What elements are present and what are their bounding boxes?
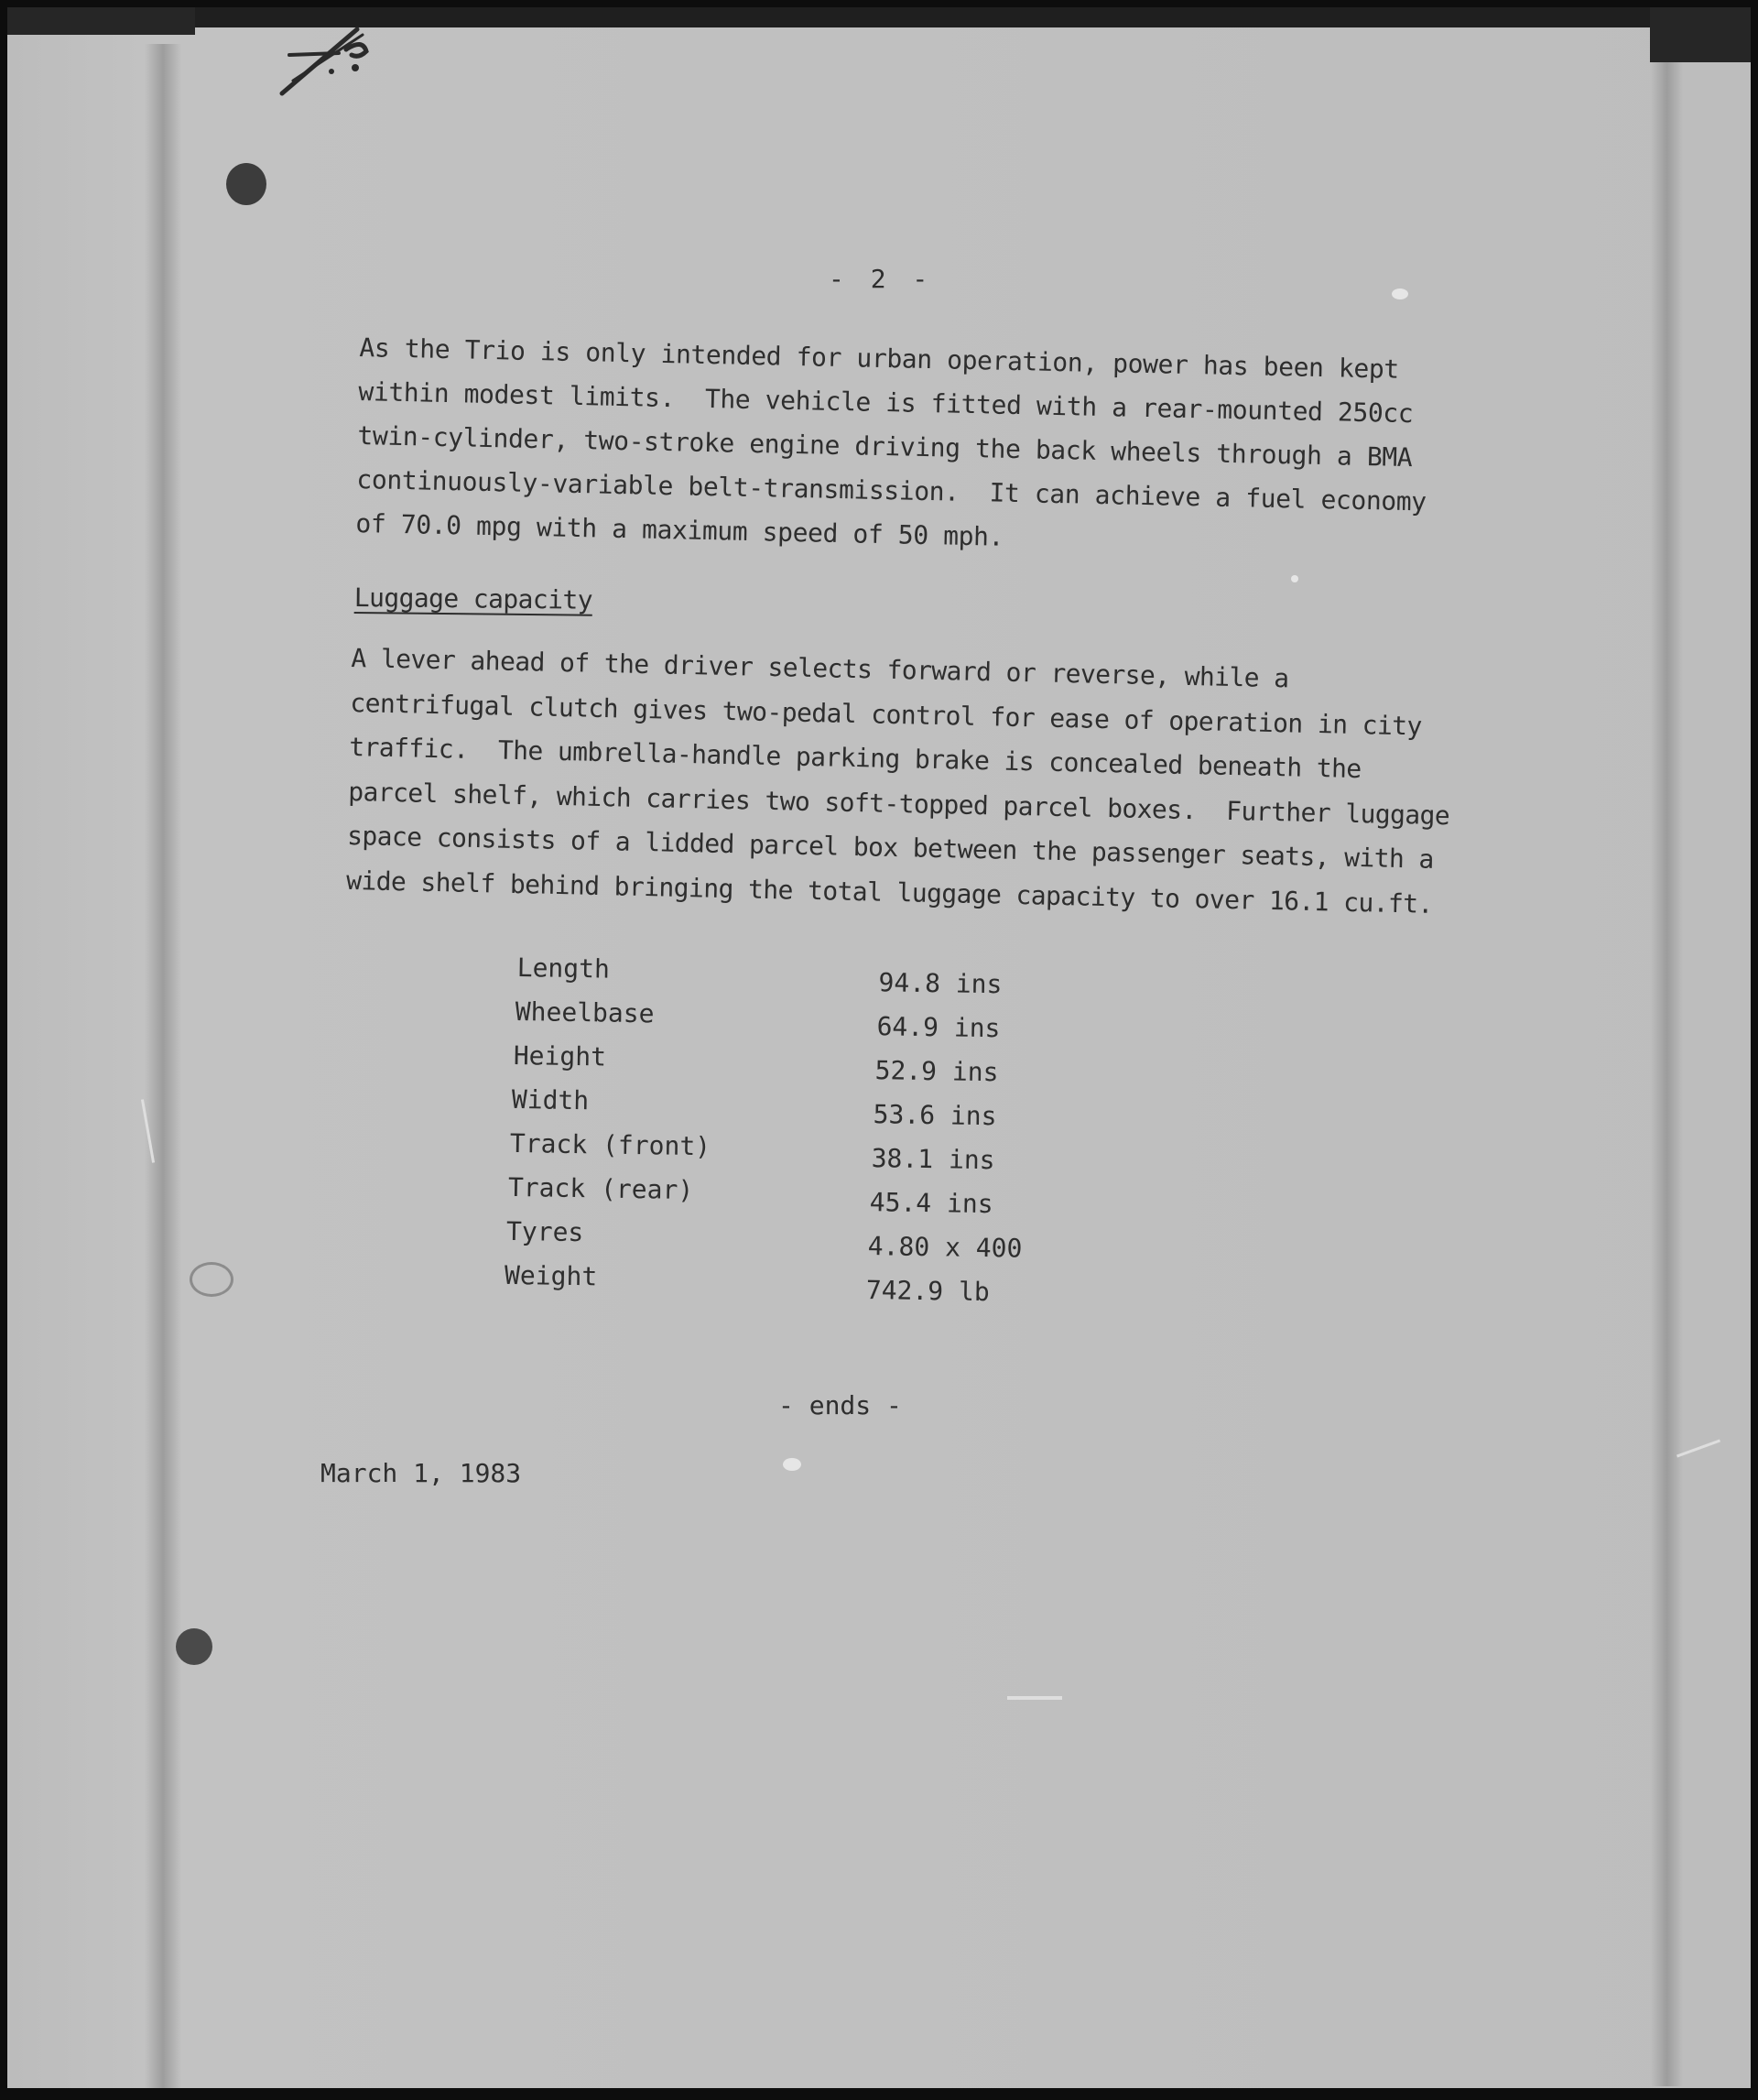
spec-value: 38.1 ins: [871, 1143, 994, 1175]
document-date: March 1, 1983: [320, 1458, 521, 1488]
spec-row: Track (front)38.1 ins: [509, 1128, 1024, 1181]
spec-value: 4.80 x 400: [868, 1231, 1023, 1264]
spec-label: Track (rear): [508, 1172, 870, 1208]
specifications-table: Length94.8 insWheelbase64.9 insHeight52.…: [512, 952, 1026, 1312]
spec-row: Wheelbase64.9 ins: [515, 996, 1025, 1049]
spec-label: Width: [512, 1084, 874, 1120]
spec-label: Weight: [505, 1260, 866, 1296]
body-paragraph: As the Trio is only intended for urban o…: [355, 326, 1429, 568]
spec-label: Tyres: [506, 1216, 868, 1252]
document-page: - 2 - As the Trio is only intended for u…: [0, 0, 1758, 2100]
punch-hole-icon: [190, 1262, 233, 1297]
spec-row: Tyres4.80 x 400: [506, 1216, 1023, 1268]
spec-label: Height: [514, 1040, 875, 1076]
spec-value: 52.9 ins: [874, 1055, 998, 1087]
spec-row: Width53.6 ins: [511, 1084, 1025, 1137]
spec-label: Length: [516, 952, 878, 988]
punch-hole-icon: [176, 1628, 212, 1665]
dust-speck: [1392, 288, 1408, 299]
page-number: - 2 -: [829, 264, 933, 294]
spec-row: Length94.8 ins: [516, 952, 1026, 1005]
spec-row: Weight742.9 lb: [505, 1260, 1022, 1312]
spec-value: 45.4 ins: [870, 1187, 993, 1219]
spec-value: 64.9 ins: [876, 1011, 1000, 1043]
dust-speck: [783, 1458, 801, 1471]
dust-speck: [1291, 575, 1298, 582]
spec-value: 53.6 ins: [873, 1099, 996, 1131]
spec-label: Wheelbase: [515, 996, 877, 1032]
body-paragraph: A lever ahead of the driver selects forw…: [346, 637, 1453, 927]
spec-row: Height52.9 ins: [513, 1040, 1025, 1093]
section-heading: Luggage capacity: [354, 582, 592, 615]
spec-value: 94.8 ins: [878, 967, 1002, 999]
punch-hole-icon: [226, 163, 266, 205]
spec-label: Track (front): [510, 1128, 872, 1164]
scratch-mark: [1677, 1440, 1720, 1458]
end-marker: - ends -: [778, 1390, 902, 1420]
scratch-mark: [1007, 1696, 1062, 1700]
scratch-mark: [141, 1099, 155, 1162]
spec-row: Track (rear)45.4 ins: [507, 1172, 1023, 1224]
handwritten-mark-icon: [275, 18, 385, 101]
spec-value: 742.9 lb: [866, 1275, 990, 1307]
